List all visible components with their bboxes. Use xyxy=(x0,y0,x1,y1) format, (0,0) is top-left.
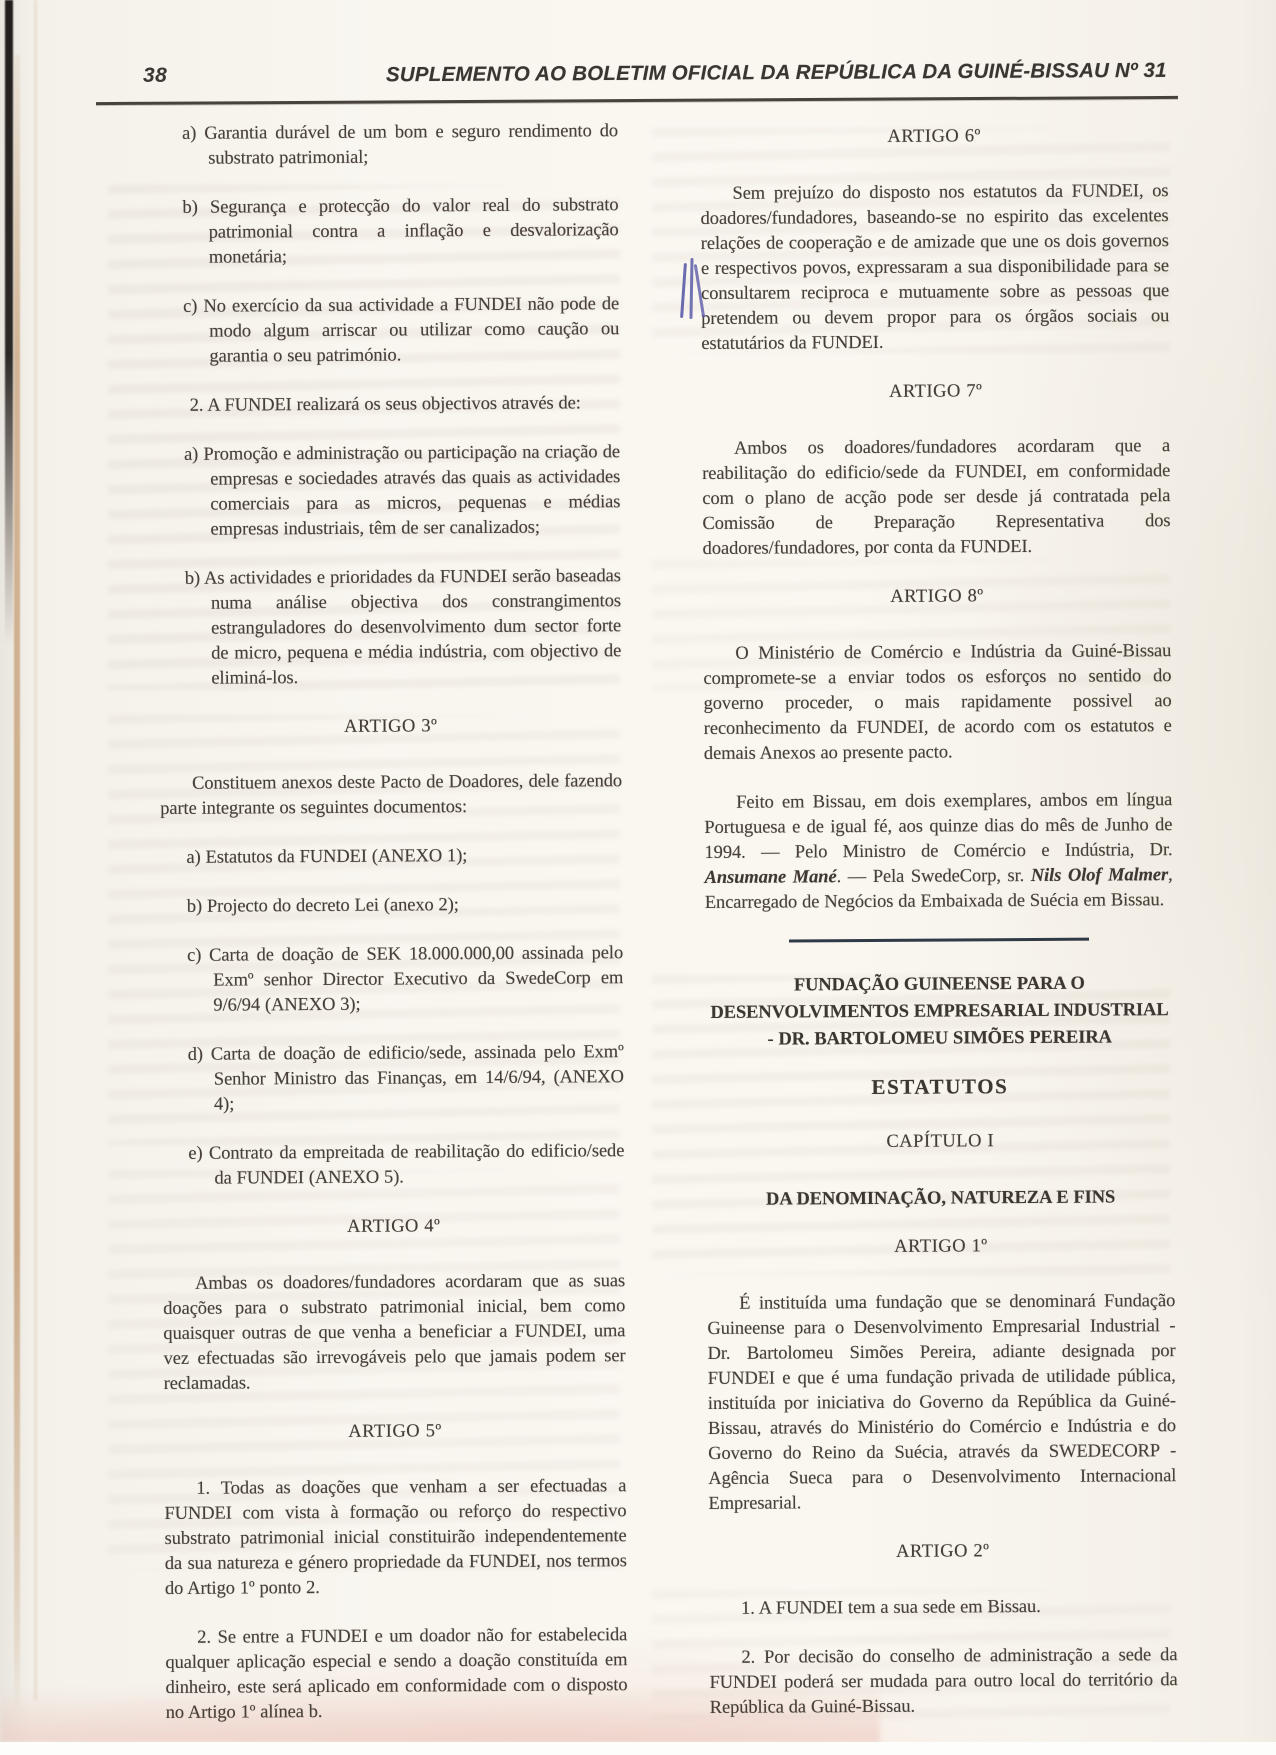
section-divider xyxy=(789,938,1089,943)
left-column: a) Garantia durável de um bom e seguro r… xyxy=(156,119,628,1750)
section-title: DA DENOMINAÇÃO, NATUREZA E FINS xyxy=(707,1184,1175,1214)
list-item: a) Promoção e administração ou participa… xyxy=(158,440,621,543)
scan-bottom-edge xyxy=(0,1742,1276,1755)
signatory-name: Nils Olof Malmer xyxy=(1031,865,1168,886)
paragraph: O Ministério de Comércio e Indústria da … xyxy=(703,639,1172,767)
closing-paragraph: Feito em Bissau, em dois exemplares, amb… xyxy=(704,788,1173,916)
page-fold-line-faint xyxy=(34,0,37,1700)
list-item: e) Contrato da empreitada de reabilitaçã… xyxy=(162,1139,624,1192)
list-item: c) Carta de doação de SEK 18.000.000,00 … xyxy=(161,941,623,1019)
header-rule xyxy=(96,96,1178,106)
paragraph: Constituem anexos deste Pacto de Doadore… xyxy=(160,769,622,822)
scanned-page: 38 SUPLEMENTO AO BOLETIM OFICIAL DA REPÚ… xyxy=(0,0,1276,1755)
signatory-name: Ansumane Mané xyxy=(705,867,837,888)
list-item: d) Carta de doação de edificio/sede, ass… xyxy=(162,1040,624,1118)
paragraph: 1. A FUNDEI tem a sua sede em Bissau. xyxy=(709,1594,1177,1622)
article-heading: ARTIGO 4º xyxy=(163,1213,625,1241)
list-item: c) No exercício da sua actividade a FUND… xyxy=(157,292,619,370)
paragraph-text: Feito em Bissau, em dois exemplares, amb… xyxy=(704,790,1172,863)
article-heading: ARTIGO 6º xyxy=(700,123,1168,151)
pen-stroke xyxy=(680,263,686,318)
paragraph: Ambas os doadores/fundadores acordaram q… xyxy=(163,1269,626,1397)
paragraph: Ambos os doadores/fundadores acordaram q… xyxy=(702,434,1171,562)
section-title: FUNDAÇÃO GUINEENSE PARA O DESENVOLVIMENT… xyxy=(705,970,1173,1054)
paragraph-text: . — Pela SwedeCorp, sr. xyxy=(837,866,1031,887)
paragraph: 2. Se entre a FUNDEI e um doador não for… xyxy=(165,1623,628,1726)
pen-ink-marks xyxy=(681,258,705,324)
list-item: b) Segurança e protecção do valor real d… xyxy=(156,193,618,271)
statutes-title: ESTATUTOS xyxy=(706,1073,1174,1101)
right-column: ARTIGO 6ºSem prejuízo do disposto nos es… xyxy=(700,113,1178,1745)
article-heading: ARTIGO 5º xyxy=(164,1418,626,1446)
article-heading: CAPÍTULO I xyxy=(706,1128,1174,1156)
list-item: b) As actividades e prioridades da FUNDE… xyxy=(159,564,622,692)
paragraph: 2. Por decisão do conselho de administra… xyxy=(709,1643,1177,1721)
list-item: b) Projecto do decreto Lei (anexo 2); xyxy=(161,892,623,920)
article-heading: ARTIGO 1º xyxy=(707,1233,1175,1261)
paragraph: 2. A FUNDEI realizará os seus objectivos… xyxy=(158,391,620,419)
article-heading: ARTIGO 8º xyxy=(703,583,1171,611)
paragraph: 1. Todas as doações que venham a ser efe… xyxy=(164,1474,627,1602)
page-number: 38 xyxy=(143,64,167,88)
header-title: SUPLEMENTO AO BOLETIM OFICIAL DA REPÚBLI… xyxy=(386,59,1186,88)
page-fold-line xyxy=(14,55,20,1710)
pen-stroke xyxy=(694,264,705,318)
page-edge-shadow xyxy=(5,0,13,645)
paragraph: É instituída uma fundação que se denomin… xyxy=(707,1289,1176,1517)
article-heading: ARTIGO 2º xyxy=(709,1538,1177,1566)
list-item: a) Garantia durável de um bom e seguro r… xyxy=(156,119,618,172)
list-item: a) Estatutos da FUNDEI (ANEXO 1); xyxy=(160,843,622,871)
paragraph: Sem prejuízo do disposto nos estatutos d… xyxy=(700,179,1169,357)
article-heading: ARTIGO 7º xyxy=(702,378,1170,406)
pen-stroke xyxy=(689,258,693,319)
article-heading: ARTIGO 3º xyxy=(160,713,622,741)
